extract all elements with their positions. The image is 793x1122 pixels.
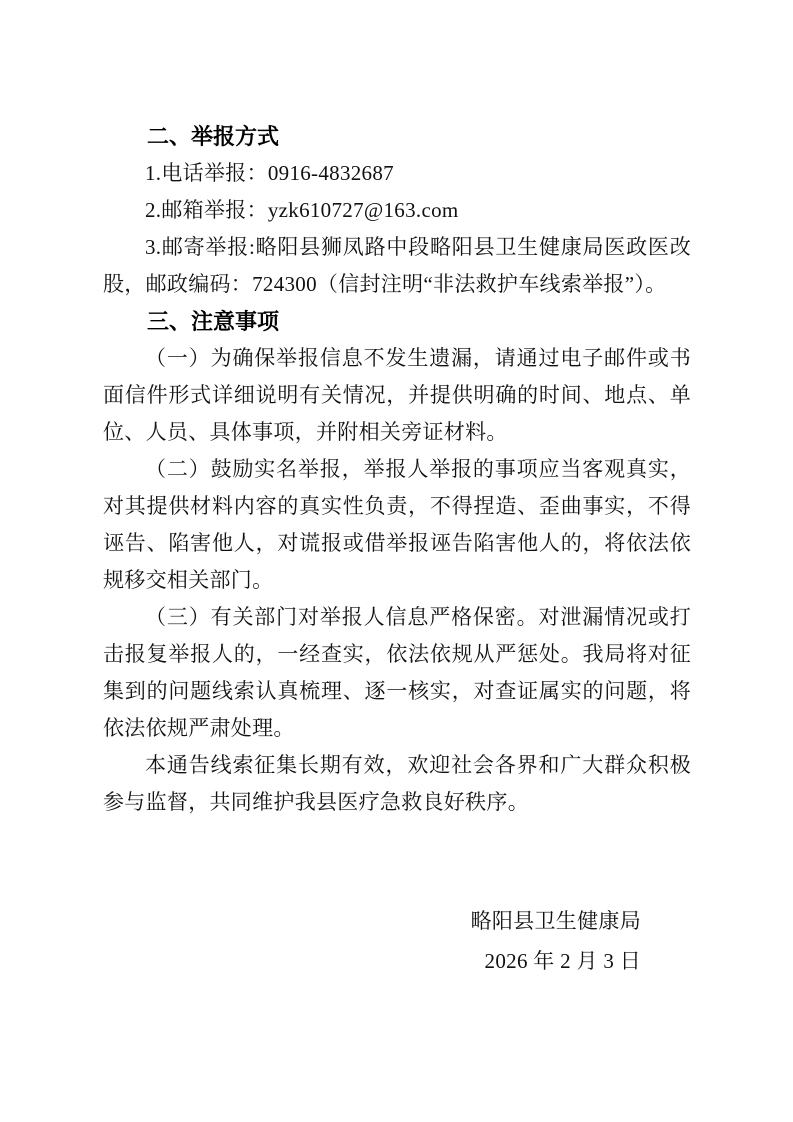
document-page: 二、举报方式 1.电话举报：0916-4832687 2.邮箱举报：yzk610…	[0, 0, 793, 1122]
notice-paragraph-1: （一）为确保举报信息不发生遗漏，请通过电子邮件或书面信件形式详细说明有关情况，并…	[103, 340, 691, 451]
report-method-email: 2.邮箱举报：yzk610727@163.com	[103, 192, 691, 229]
issuer-name: 略阳县卫生健康局	[103, 901, 641, 941]
section-2-heading: 二、举报方式	[103, 118, 691, 155]
section-3-heading: 三、注意事项	[103, 303, 691, 340]
report-method-phone: 1.电话举报：0916-4832687	[103, 155, 691, 192]
notice-paragraph-3: （三）有关部门对举报人信息严格保密。对泄漏情况或打击报复举报人的，一经查实，依法…	[103, 599, 691, 747]
report-method-mail: 3.邮寄举报:略阳县狮凤路中段略阳县卫生健康局医政医改股，邮政编码：724300…	[103, 229, 691, 303]
notice-paragraph-2: （二）鼓励实名举报，举报人举报的事项应当客观真实，对其提供材料内容的真实性负责，…	[103, 451, 691, 599]
closing-paragraph: 本通告线索征集长期有效，欢迎社会各界和广大群众积极参与监督，共同维护我县医疗急救…	[103, 747, 691, 821]
issue-date: 2026 年 2 月 3 日	[103, 941, 641, 981]
signature-block: 略阳县卫生健康局 2026 年 2 月 3 日	[103, 901, 691, 981]
document-content: 二、举报方式 1.电话举报：0916-4832687 2.邮箱举报：yzk610…	[0, 0, 793, 981]
